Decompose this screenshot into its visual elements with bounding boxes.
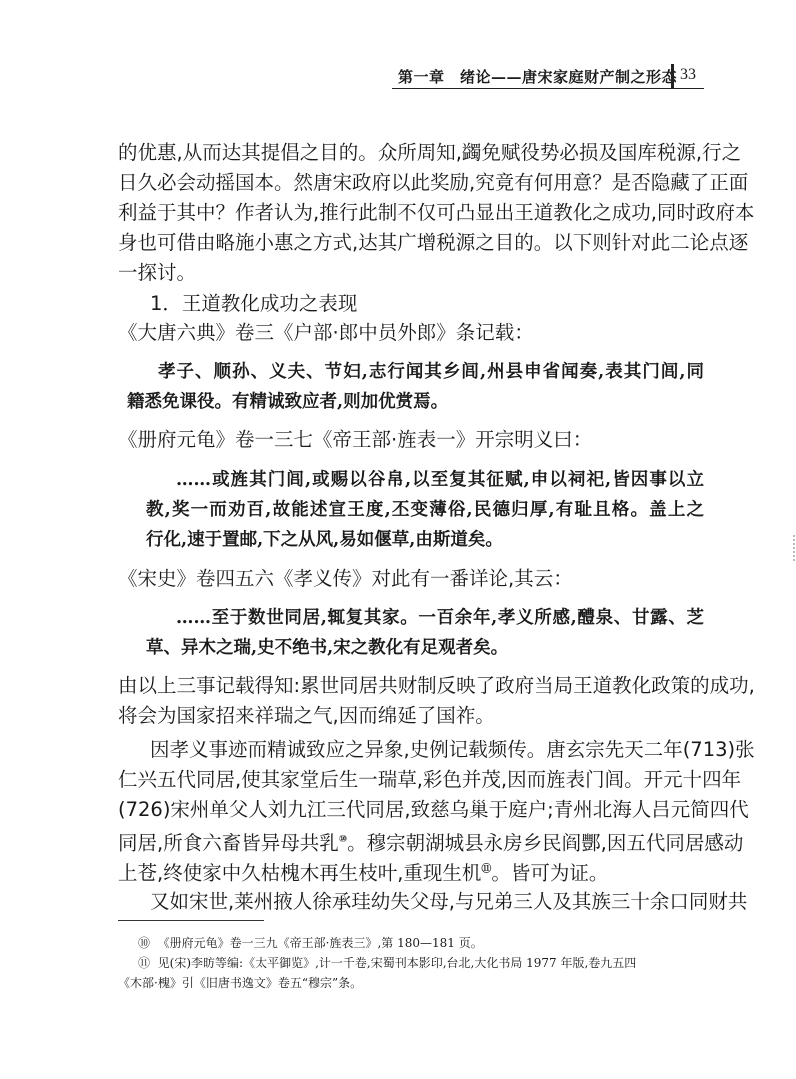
text-segment: 。穆宗朝湖城县永房乡民阎酆,因五代同居感动: [347, 832, 743, 855]
chapter-title: 第一章 绪论——唐宋家庭财产制之形态: [398, 66, 677, 87]
footnote-90: ⑩ 《册府元龟》卷一三九《帝王部·旌表三》,第 180—181 页。: [138, 933, 483, 953]
paragraph-line: 的优惠,从而达其提倡之目的。众所周知,蠲免赋役势必损及国库税源,行之: [118, 138, 704, 168]
footnote-marker: ⑩: [138, 936, 150, 950]
paragraph-line: (726)宋州单父人刘九江三代同居,致慈乌巢于庭户;青州北海人吕元简四代: [118, 795, 704, 825]
citation-intro: 《大唐六典》卷三《户部·郎中员外郎》条记载：: [118, 318, 704, 348]
footnote-ref-91[interactable]: ⑪: [481, 864, 491, 875]
running-header: 第一章 绪论——唐宋家庭财产制之形态 33: [392, 64, 704, 89]
footnote-marker: ⑪: [138, 956, 150, 970]
paragraph-line: 由以上三事记载得知:累世同居共财制反映了政府当局王道教化政策的成功,: [118, 671, 704, 701]
paragraph-line: 日久必会动摇国本。然唐宋政府以此奖励,究竟有何用意？是否隐藏了正面: [118, 168, 704, 198]
quote-line: ……至于数世同居,辄复其家。一百余年,孝义所感,醴泉、甘露、芝: [176, 603, 704, 633]
footnote-91: ⑪ 见(宋)李昉等编:《太平御览》,计一千卷,宋蜀刊本影印,台北,大化书局 19…: [138, 953, 636, 973]
quote-line: 籍悉免课役。有精诚致应者,则加优赏焉。: [127, 387, 647, 417]
paragraph-line: 利益于其中？作者认为,推行此制不仅可凸显出王道教化之成功,同时政府本: [118, 198, 704, 228]
text-segment: 。皆可为证。: [491, 862, 608, 885]
footnote-ref-90[interactable]: ⑩: [339, 834, 347, 845]
footnote-divider: [118, 920, 264, 921]
text-segment: 同居,所食六畜皆异母共乳: [118, 832, 339, 855]
footnote-text: 见(宋)李昉等编:《太平御览》,计一千卷,宋蜀刊本影印,台北,大化书局 1977…: [158, 956, 637, 970]
quote-line: 教,奖一而劝百,故能述宣王度,丕变薄俗,民德归厚,有耻且格。盖上之: [146, 495, 704, 525]
paragraph-line: 因孝义事迹而精诚致应之异象,史例记载频传。唐玄宗先天二年(713)张: [150, 735, 704, 765]
paragraph-line: 又如宋世,莱州掖人徐承珪幼失父母,与兄弟三人及其族三十余口同财共: [150, 887, 704, 917]
quote-line: ……或旌其门闾,或赐以谷帛,以至复其征赋,申以祠祀,皆因事以立: [176, 465, 704, 495]
quote-line: 行化,速于置邮,下之从风,易如偃草,由斯道矣。: [146, 525, 666, 555]
paragraph-line: 将会为国家招来祥瑞之气,因而绵延了国祚。: [118, 701, 704, 731]
footnote-text: 《册府元龟》卷一三九《帝王部·旌表三》,第 180—181 页。: [158, 936, 483, 950]
quote-line: 草、异木之瑞,史不绝书,宋之教化有足观者矣。: [146, 633, 666, 663]
text-segment: 上苍,终使家中久枯槐木再生枝叶,重现生机: [118, 862, 481, 885]
paragraph-line: 同居,所食六畜皆异母共乳⑩。穆宗朝湖城县永房乡民阎酆,因五代同居感动: [118, 825, 704, 859]
paragraph-line: 上苍,终使家中久枯槐木再生枝叶,重现生机⑪。皆可为证。: [118, 855, 704, 889]
citation-intro: 《册府元龟》卷一三七《帝王部·旌表一》开宗明义曰：: [118, 425, 704, 455]
header-divider: [671, 64, 674, 88]
scan-artifact: [793, 535, 795, 563]
paragraph-line: 一探讨。: [118, 258, 704, 288]
page-number: 33: [680, 66, 696, 84]
citation-intro: 《宋史》卷四五六《孝义传》对此有一番详论,其云：: [118, 564, 704, 594]
paragraph-line: 仁兴五代同居,使其家堂后生一瑞草,彩色并茂,因而旌表门闾。开元十四年: [118, 765, 704, 795]
footnote-91-continued: 《木部·槐》引《旧唐书逸文》卷五“穆宗”条。: [118, 973, 362, 993]
section-heading: 1．王道教化成功之表现: [150, 289, 704, 319]
quote-line: 孝子、顺孙、义夫、节妇,志行闻其乡闾,州县申省闻奏,表其门闾,同: [158, 357, 704, 387]
paragraph-line: 身也可借由略施小惠之方式,达其广增税源之目的。以下则针对此二论点逐: [118, 228, 704, 258]
